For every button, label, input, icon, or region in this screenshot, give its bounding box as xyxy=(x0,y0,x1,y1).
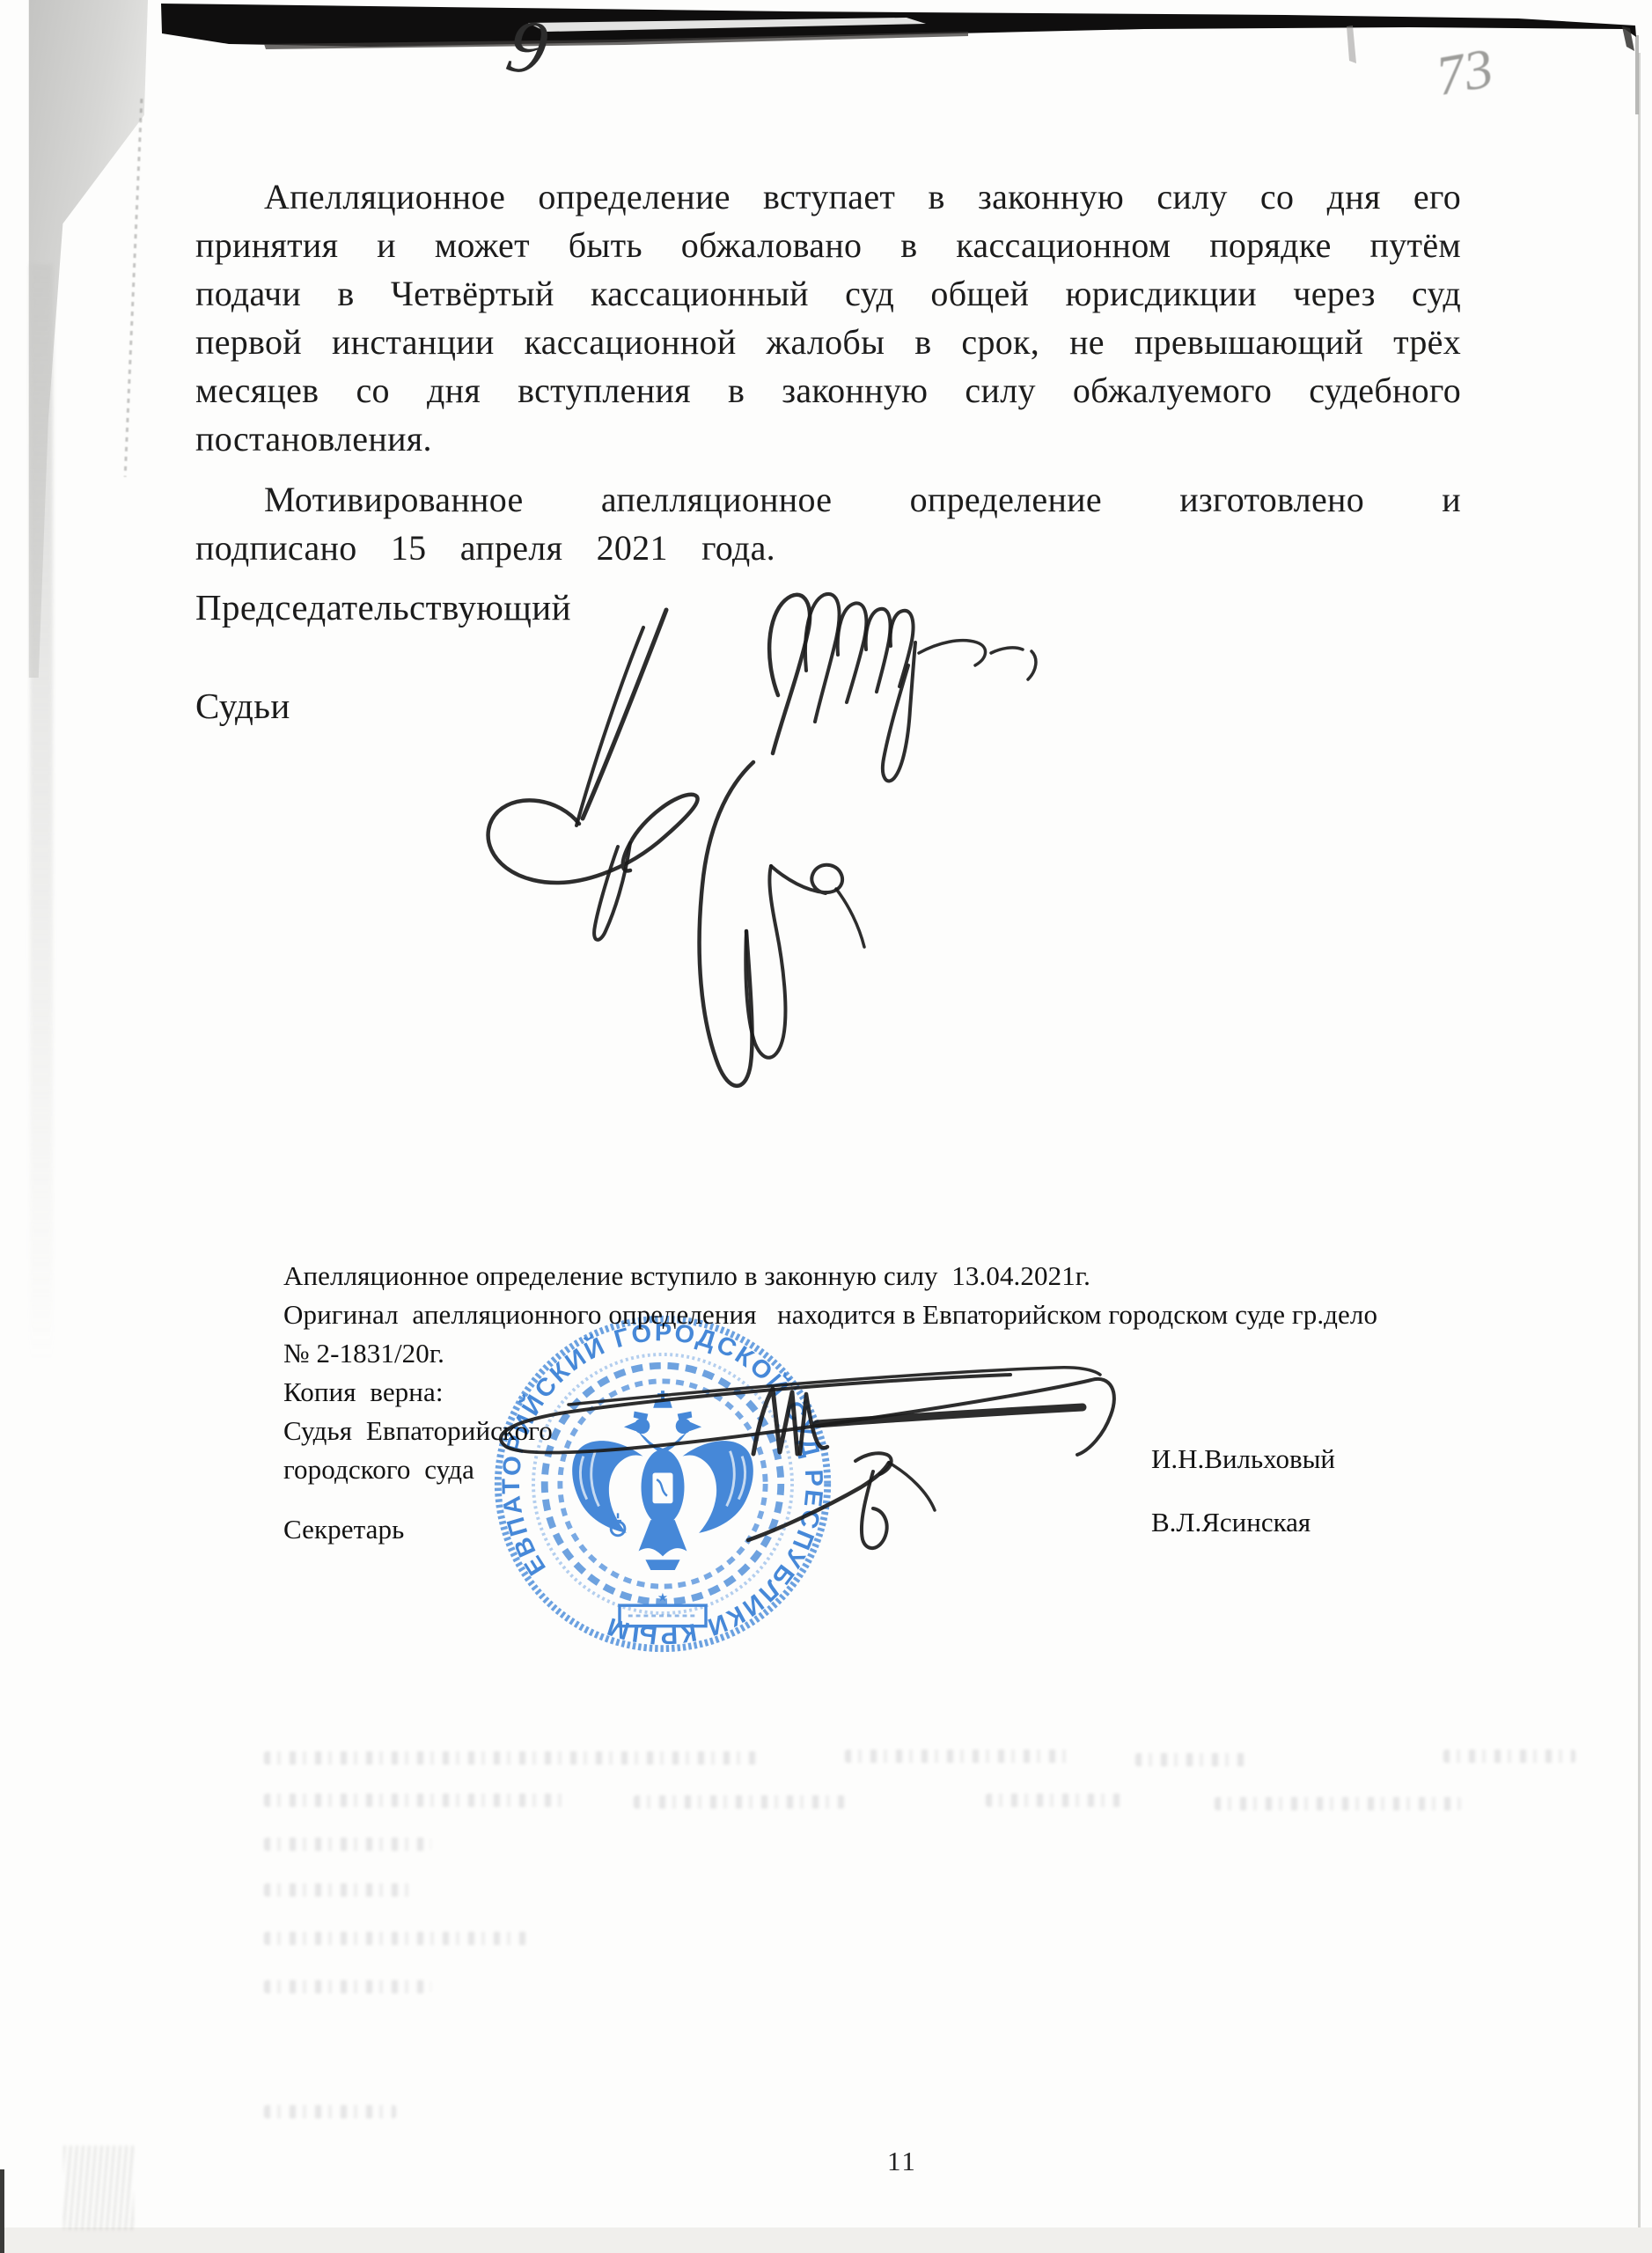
presiding-judge-signature xyxy=(488,610,698,940)
copy-certification-secretary-signature xyxy=(748,1453,935,1548)
judge-signature-lower xyxy=(700,762,864,1086)
judge-signature-top-right xyxy=(769,594,1036,782)
scanned-court-document-page: 9 73 Апелляционное определение вступает … xyxy=(0,0,1652,2253)
signatures-layer xyxy=(0,0,1652,2253)
copy-certification-judge-signature xyxy=(501,1368,1114,1455)
page-number: 11 xyxy=(887,2146,917,2177)
